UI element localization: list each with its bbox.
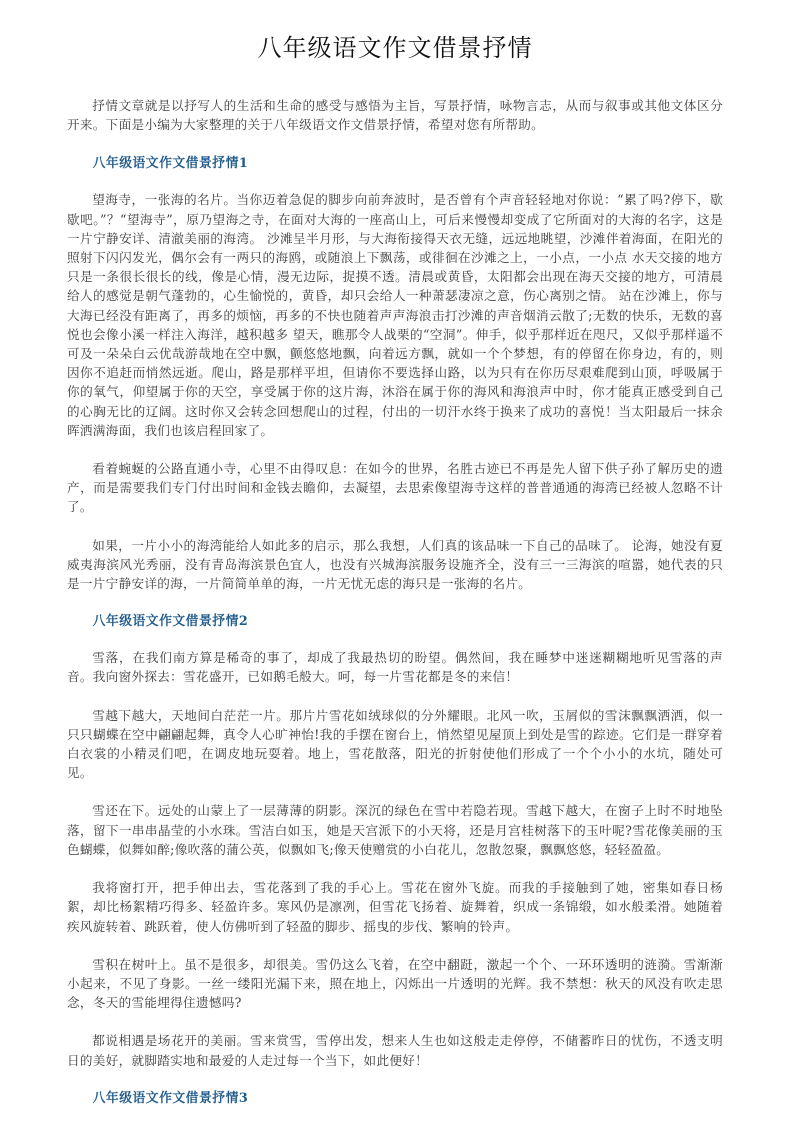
section2-paragraph-6: 都说相遇是场花开的美丽。雪来赏雪，雪停出发，想来人生也如这般走走停停，不储蓄昨日… <box>67 1031 723 1069</box>
intro-paragraph: 抒情文章就是以抒写人的生活和生命的感受与感悟为主旨，写景抒情，咏物言志，从而与叙… <box>67 96 723 134</box>
section2-paragraph-4: 我将窗打开，把手伸出去，雪花落到了我的手心上。雪花在窗外飞旋。而我的手接触到了她… <box>67 878 723 936</box>
section-heading-1: 八年级语文作文借景抒情1 <box>67 154 723 173</box>
section-heading-2: 八年级语文作文借景抒情2 <box>67 612 723 631</box>
section1-paragraph-3: 如果，一片小小的海湾能给人如此多的启示，那么我想，人们真的该品味一下自己的品味了… <box>67 536 723 594</box>
section1-paragraph-1: 望海寺，一张海的名片。当你迈着急促的脚步向前奔波时，是否曾有个声音轻轻地对你说：… <box>67 190 723 440</box>
page-title: 八年级语文作文借景抒情 <box>67 30 723 66</box>
section2-paragraph-2: 雪越下越大，天地间白茫茫一片。那片片雪花如绒球似的分外耀眼。北风一吹，玉屑似的雪… <box>67 706 723 783</box>
section1-paragraph-2: 看着蜿蜒的公路直通小寺，心里不由得叹息：在如今的世界，名胜古迹已不再是先人留下供… <box>67 459 723 517</box>
section-heading-3: 八年级语文作文借景抒情3 <box>67 1089 723 1108</box>
section2-paragraph-3: 雪还在下。远处的山蒙上了一层薄薄的阴影。深沉的绿色在雪中若隐若现。雪越下越大，在… <box>67 801 723 859</box>
section2-paragraph-5: 雪积在树叶上。虽不是很多，却很美。雪仍这么飞着，在空中翻跹，激起一个个、一环环透… <box>67 955 723 1013</box>
document-page: 八年级语文作文借景抒情 抒情文章就是以抒写人的生活和生命的感受与感悟为主旨，写景… <box>67 0 723 1108</box>
section2-paragraph-1: 雪落，在我们南方算是稀奇的事了，却成了我最热切的盼望。偶然间，我在睡梦中迷迷糊糊… <box>67 648 723 686</box>
